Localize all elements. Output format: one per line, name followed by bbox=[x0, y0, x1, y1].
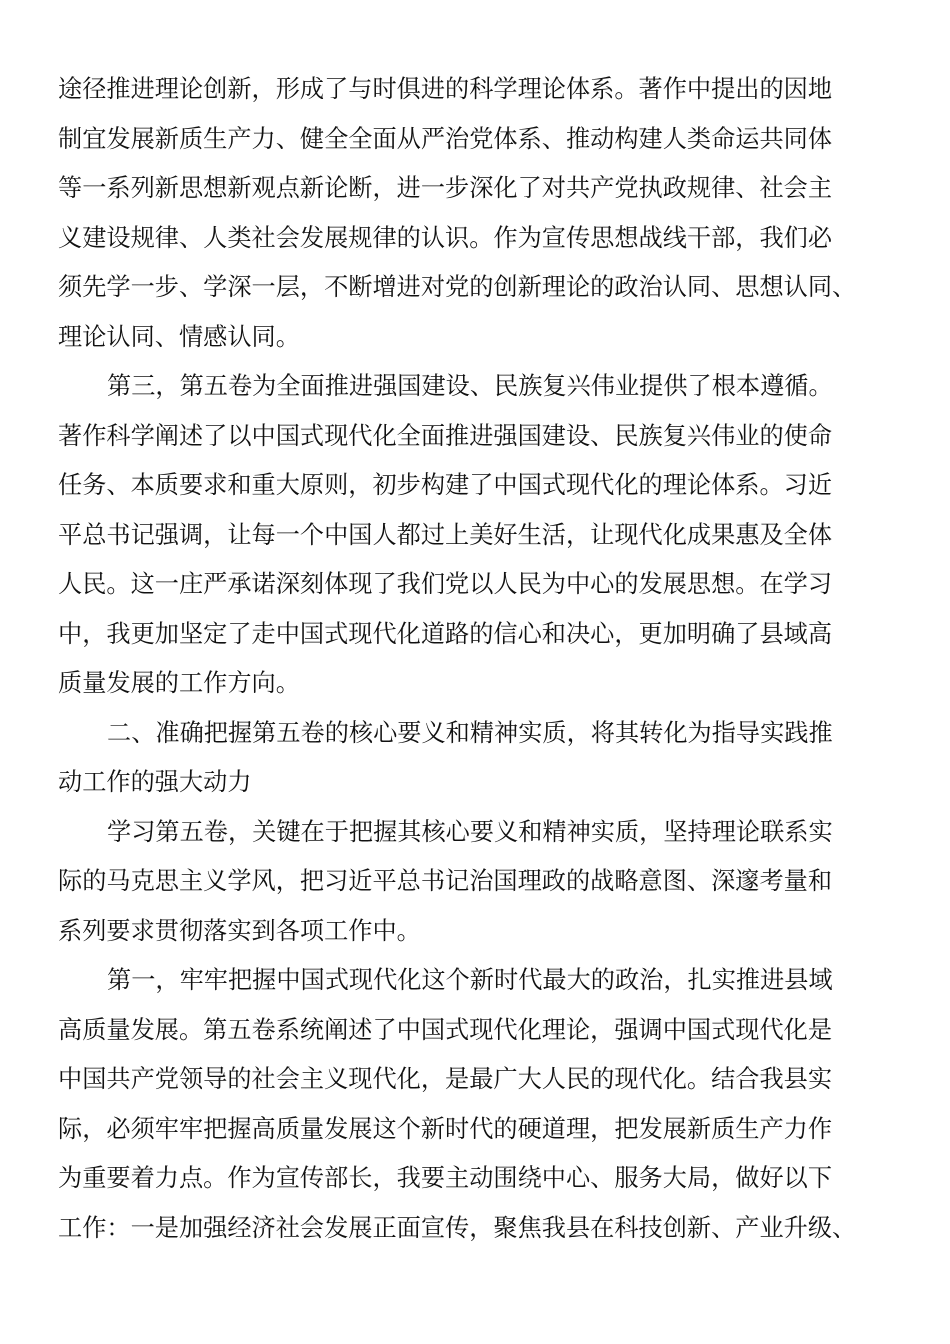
paragraph-start-line: 第一，牢牢把握中国式现代化这个新时代最大的政治，扎实推进县域 bbox=[107, 965, 833, 995]
text-line: 途径推进理论创新，形成了与时俱进的科学理论体系。著作中提出的因地 bbox=[58, 74, 832, 104]
text-line: 工作：一是加强经济社会发展正面宣传，聚焦我县在科技创新、产业升级、 bbox=[58, 1213, 856, 1243]
text-line: 际的马克思主义学风，把习近平总书记治国理政的战略意图、深邃考量和 bbox=[58, 866, 832, 896]
text-line: 中，我更加坚定了走中国式现代化道路的信心和决心，更加明确了县域高 bbox=[58, 619, 832, 649]
text-line: 任务、本质要求和重大原则，初步构建了中国式现代化的理论体系。习近 bbox=[58, 470, 832, 500]
text-line: 系列要求贯彻落实到各项工作中。 bbox=[58, 916, 421, 946]
text-line: 为重要着力点。作为宣传部长，我要主动围绕中心、服务大局，做好以下 bbox=[58, 1163, 832, 1193]
paragraph-start-line: 第三，第五卷为全面推进强国建设、民族复兴伟业提供了根本遵循。 bbox=[107, 371, 833, 401]
text-line: 须先学一步、学深一层，不断增进对党的创新理论的政治认同、思想认同、 bbox=[58, 272, 856, 302]
text-line: 人民。这一庄严承诺深刻体现了我们党以人民为中心的发展思想。在学习 bbox=[58, 569, 832, 599]
text-line: 平总书记强调，让每一个中国人都过上美好生活，让现代化成果惠及全体 bbox=[58, 520, 832, 550]
text-line: 著作科学阐述了以中国式现代化全面推进强国建设、民族复兴伟业的使命 bbox=[58, 421, 832, 451]
text-line: 高质量发展。第五卷系统阐述了中国式现代化理论，强调中国式现代化是 bbox=[58, 1015, 832, 1045]
section-heading-line: 二、准确把握第五卷的核心要义和精神实质，将其转化为指导实践推 bbox=[107, 718, 833, 748]
text-line: 等一系列新思想新观点新论断，进一步深化了对共产党执政规律、社会主 bbox=[58, 173, 832, 203]
paragraph-start-line: 学习第五卷，关键在于把握其核心要义和精神实质，坚持理论联系实 bbox=[107, 817, 833, 847]
section-heading-line: 动工作的强大动力 bbox=[58, 767, 252, 797]
text-line: 中国共产党领导的社会主义现代化，是最广大人民的现代化。结合我县实 bbox=[58, 1064, 832, 1094]
text-line: 制宜发展新质生产力、健全全面从严治党体系、推动构建人类命运共同体 bbox=[58, 124, 832, 154]
document-page: 途径推进理论创新，形成了与时俱进的科学理论体系。著作中提出的因地 制宜发展新质生… bbox=[0, 0, 950, 1344]
text-line: 际，必须牢牢把握高质量发展这个新时代的硬道理，把发展新质生产力作 bbox=[58, 1114, 832, 1144]
text-line: 义建设规律、人类社会发展规律的认识。作为宣传思想战线干部，我们必 bbox=[58, 223, 832, 253]
text-line: 理论认同、情感认同。 bbox=[58, 322, 300, 352]
text-line: 质量发展的工作方向。 bbox=[58, 668, 300, 698]
